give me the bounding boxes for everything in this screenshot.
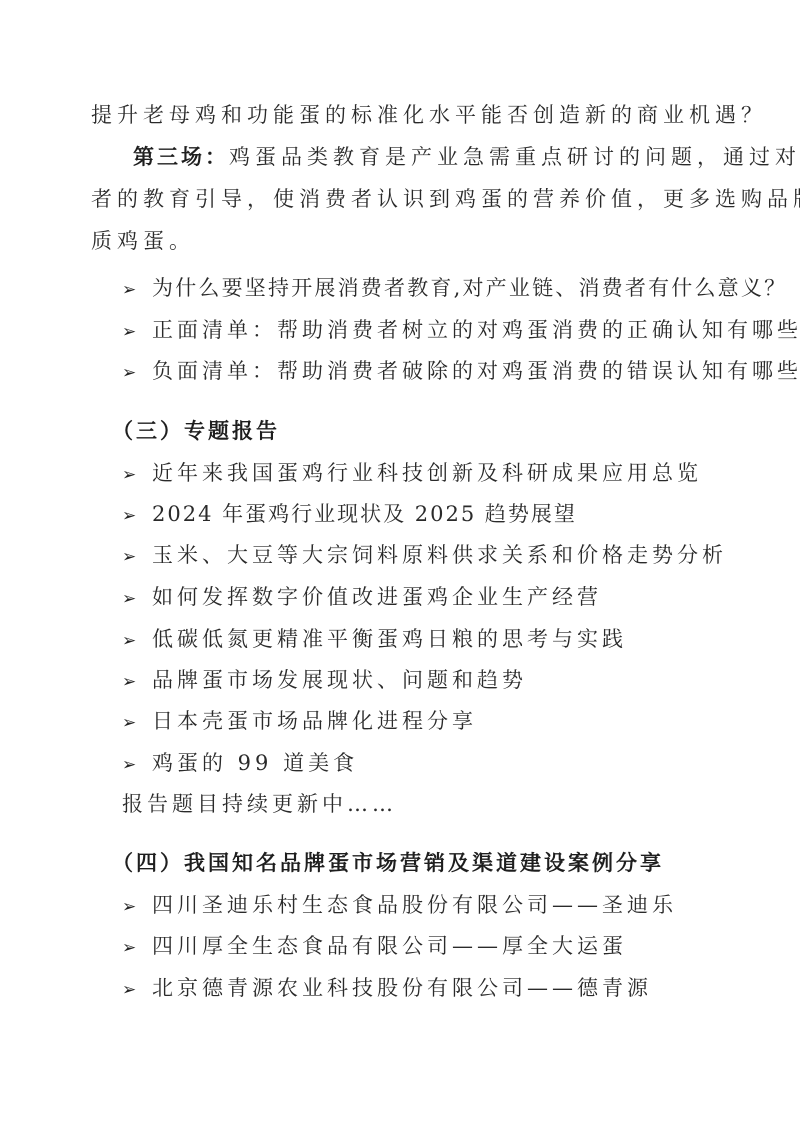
arrowhead-bullet-icon: ➢ <box>122 709 152 737</box>
arrowhead-bullet-icon: ➢ <box>122 318 152 346</box>
list-item: ➢鸡蛋的 99 道美食 <box>122 749 358 779</box>
list-item: ➢为什么要坚持开展消费者教育,对产业链、消费者有什么意义？ <box>122 274 787 304</box>
session3-label: 第三场： <box>133 145 229 169</box>
list-item: ➢2024 年蛋鸡行业现状及 2025 趋势展望 <box>122 500 577 530</box>
list-item: ➢品牌蛋市场发展现状、问题和趋势 <box>122 666 527 696</box>
intro-continuation: 提升老母鸡和功能蛋的标准化水平能否创造新的商业机遇？ <box>91 101 767 129</box>
arrowhead-bullet-icon: ➢ <box>122 893 152 921</box>
arrowhead-bullet-icon: ➢ <box>122 585 152 613</box>
session3-paragraph-line1: 第三场：鸡蛋品类教育是产业急需重点研讨的问题，通过对消费 <box>133 143 800 171</box>
list-item: ➢玉米、大豆等大宗饲料原料供求关系和价格走势分析 <box>122 541 727 571</box>
arrowhead-bullet-icon: ➢ <box>122 934 152 962</box>
arrowhead-bullet-icon: ➢ <box>122 502 152 530</box>
list-item: ➢负面清单：帮助消费者破除的对鸡蛋消费的错误认知有哪些？ <box>122 357 800 387</box>
section-heading-topic-reports: （三）专题报告 <box>112 417 280 445</box>
list-item: ➢正面清单：帮助消费者树立的对鸡蛋消费的正确认知有哪些？ <box>122 316 800 346</box>
list-item: ➢四川圣迪乐村生态食品股份有限公司——圣迪乐 <box>122 891 677 921</box>
session3-paragraph-line3: 质鸡蛋。 <box>91 227 195 255</box>
arrowhead-bullet-icon: ➢ <box>122 276 152 304</box>
arrowhead-bullet-icon: ➢ <box>122 627 152 655</box>
arrowhead-bullet-icon: ➢ <box>122 976 152 1004</box>
arrowhead-bullet-icon: ➢ <box>122 461 152 489</box>
document-page: 提升老母鸡和功能蛋的标准化水平能否创造新的商业机遇？ 第三场：鸡蛋品类教育是产业… <box>0 0 800 1131</box>
list-item: ➢低碳低氮更精准平衡蛋鸡日粮的思考与实践 <box>122 625 627 655</box>
list-item: ➢近年来我国蛋鸡行业科技创新及科研成果应用总览 <box>122 459 702 489</box>
list-item: ➢北京德青源农业科技股份有限公司——德青源 <box>122 974 652 1004</box>
section-heading-brand-cases: （四）我国知名品牌蛋市场营销及渠道建设案例分享 <box>112 849 664 877</box>
list-item: ➢四川厚全生态食品有限公司——厚全大运蛋 <box>122 932 627 962</box>
session3-paragraph-line2: 者的教育引导，使消费者认识到鸡蛋的营养价值，更多选购品牌化优 <box>91 185 800 213</box>
arrowhead-bullet-icon: ➢ <box>122 359 152 387</box>
list-item: ➢如何发挥数字价值改进蛋鸡企业生产经营 <box>122 583 602 613</box>
arrowhead-bullet-icon: ➢ <box>122 543 152 571</box>
reports-updating-note: 报告题目持续更新中…… <box>122 790 397 818</box>
arrowhead-bullet-icon: ➢ <box>122 668 152 696</box>
list-item: ➢日本壳蛋市场品牌化进程分享 <box>122 707 477 737</box>
session3-text: 鸡蛋品类教育是产业急需重点研讨的问题，通过对消费 <box>229 145 800 169</box>
arrowhead-bullet-icon: ➢ <box>122 751 152 779</box>
